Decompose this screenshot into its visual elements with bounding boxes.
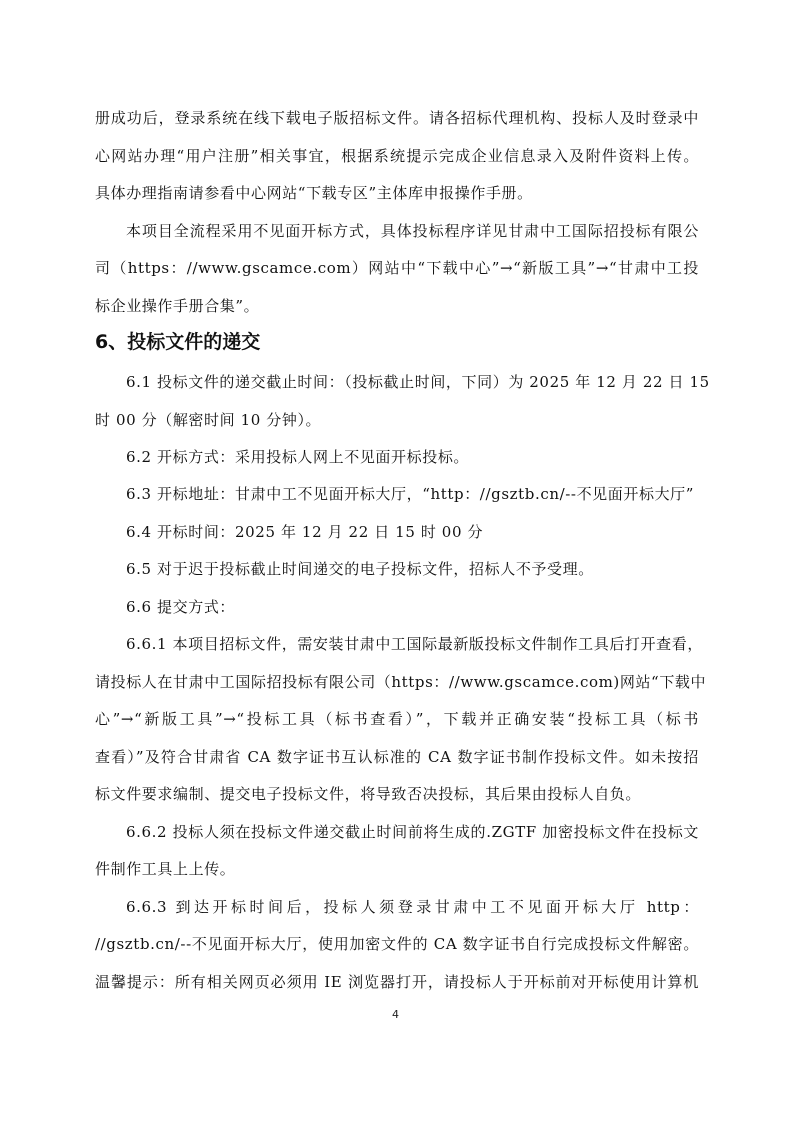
item-6-3: 6.3 开标地址：甘肃中工不见面开标大厅，“http：//gsztb.cn/--… bbox=[126, 484, 694, 504]
item-6-1-line-1: 6.1 投标文件的递交截止时间：（投标截止时间，下同）为 2025 年 12 月… bbox=[126, 372, 699, 392]
item-6-6-2-line-1: 6.6.2 投标人须在投标文件递交截止时间前将生成的.ZGTF 加密投标文件在投… bbox=[126, 822, 699, 842]
item-6-6-1-line-3: 心”→“新版工具”→“投标工具（标书查看）”，下载并正确安装“投标工具（标书 bbox=[95, 709, 699, 729]
item-6-5: 6.5 对于迟于投标截止时间递交的电子投标文件，招标人不予受理。 bbox=[126, 559, 594, 579]
paragraph-registration-line-1: 册成功后，登录系统在线下载电子版招标文件。请各招标代理机构、投标人及时登录中 bbox=[95, 108, 699, 128]
paragraph-process-line-3: 标企业操作手册合集”。 bbox=[95, 296, 259, 316]
item-6-6-1-line-1: 6.6.1 本项目招标文件，需安装甘肃中工国际最新版投标文件制作工具后打开查看， bbox=[126, 634, 699, 654]
paragraph-registration-line-3: 具体办理指南请参看中心网站“下载专区”主体库申报操作手册。 bbox=[95, 183, 533, 203]
section-heading: 6、投标文件的递交 bbox=[95, 330, 260, 354]
paragraph-process-line-1: 本项目全流程采用不见面开标方式，具体投标程序详见甘肃中工国际招投标有限公 bbox=[126, 221, 699, 241]
item-6-2: 6.2 开标方式：采用投标人网上不见面开标投标。 bbox=[126, 447, 469, 467]
item-6-6-2-line-2: 件制作工具上上传。 bbox=[95, 859, 235, 879]
item-6-6-1-line-4: 查看）”及符合甘肃省 CA 数字证书互认标准的 CA 数字证书制作投标文件。如未… bbox=[95, 747, 699, 767]
paragraph-process-line-2: 司（https：//www.gscamce.com）网站中“下载中心”→“新版工… bbox=[95, 258, 699, 278]
item-6-1-line-2: 时 00 分（解密时间 10 分钟）。 bbox=[95, 410, 321, 430]
item-6-4: 6.4 开标时间：2025 年 12 月 22 日 15 时 00 分 bbox=[126, 522, 483, 542]
item-6-6-3-line-1: 6.6.3 到达开标时间后，投标人须登录甘肃中工不见面开标大厅 http： bbox=[126, 897, 699, 917]
page-number: 4 bbox=[392, 1008, 399, 1021]
item-6-6-3-line-2: //gsztb.cn/--不见面开标大厅，使用加密文件的 CA 数字证书自行完成… bbox=[95, 934, 699, 954]
item-6-6: 6.6 提交方式： bbox=[126, 597, 235, 617]
item-6-6-3-line-3: 温馨提示：所有相关网页必须用 IE 浏览器打开，请投标人于开标前对开标使用计算机 bbox=[95, 972, 699, 992]
paragraph-registration-line-2: 心网站办理“用户注册”相关事宜，根据系统提示完成企业信息录入及附件资料上传。 bbox=[95, 146, 699, 166]
item-6-6-1-line-2: 请投标人在甘肃中工国际招投标有限公司（https：//www.gscamce.c… bbox=[95, 672, 699, 692]
item-6-6-1-line-5: 标文件要求编制、提交电子投标文件，将导致否决投标，其后果由投标人自负。 bbox=[95, 784, 641, 804]
